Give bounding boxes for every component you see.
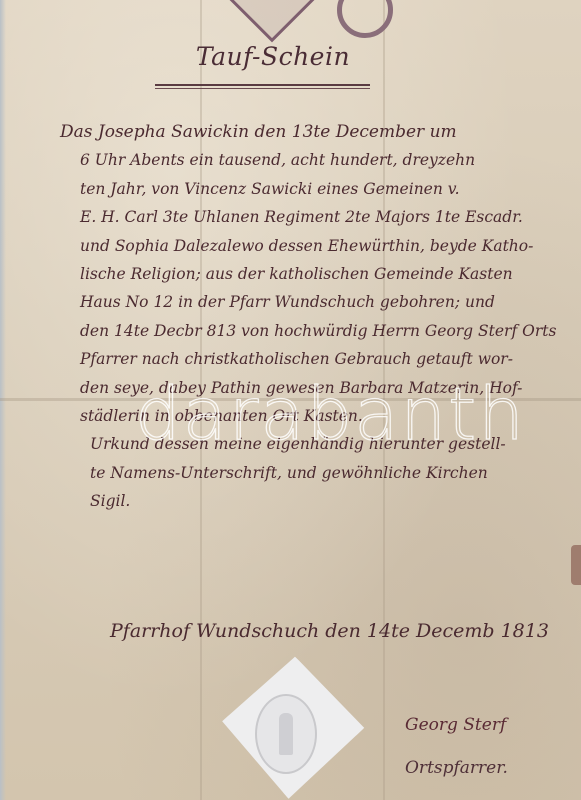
body-line: Sigil. <box>60 487 560 515</box>
place-date-line: Pfarrhof Wundschuch den 14te Decemb 1813 <box>110 620 549 642</box>
body-line: te Namens-Unterschrift, und gewöhnliche … <box>60 459 560 487</box>
body-line: den 14te Decbr 813 von hochwürdig Herrn … <box>60 317 560 345</box>
title-underline <box>155 84 370 86</box>
body-line: städlerin in obbenanten Ort Kasten. <box>60 402 560 430</box>
body-line: Das Josepha Sawickin den 13te December u… <box>60 118 560 146</box>
body-line: und Sophia Dalezalewo dessen Ehewürthin,… <box>60 232 560 260</box>
document-title: Tauf-Schein <box>168 42 378 71</box>
signature: Georg Sterf <box>405 715 506 735</box>
body-line: ten Jahr, von Vincenz Sawicki eines Geme… <box>60 175 560 203</box>
ink-stain <box>571 545 581 585</box>
body-line: 6 Uhr Abents ein tausend, acht hundert, … <box>60 146 560 174</box>
document-page: Tauf-Schein Das Josepha Sawickin den 13t… <box>0 0 581 800</box>
document-body: Das Josepha Sawickin den 13te December u… <box>60 118 560 515</box>
body-line: lische Religion; aus der katholischen Ge… <box>60 260 560 288</box>
body-line: den seye, dabey Pathin gewesen Barbara M… <box>60 374 560 402</box>
saint-figure-icon <box>279 713 293 755</box>
body-line: Urkund dessen meine eigenhändig hierunte… <box>60 430 560 458</box>
diamond-stamp-icon <box>230 0 315 42</box>
body-line: Pfarrer nach christkatholischen Gebrauch… <box>60 345 560 373</box>
body-line: E. H. Carl 3te Uhlanen Regiment 2te Majo… <box>60 203 560 231</box>
wax-seal-icon <box>255 694 317 774</box>
body-line: Haus No 12 in der Pfarr Wundschuch geboh… <box>60 288 560 316</box>
title-underline-2 <box>155 88 370 89</box>
signature-title: Ortspfarrer. <box>405 758 508 778</box>
